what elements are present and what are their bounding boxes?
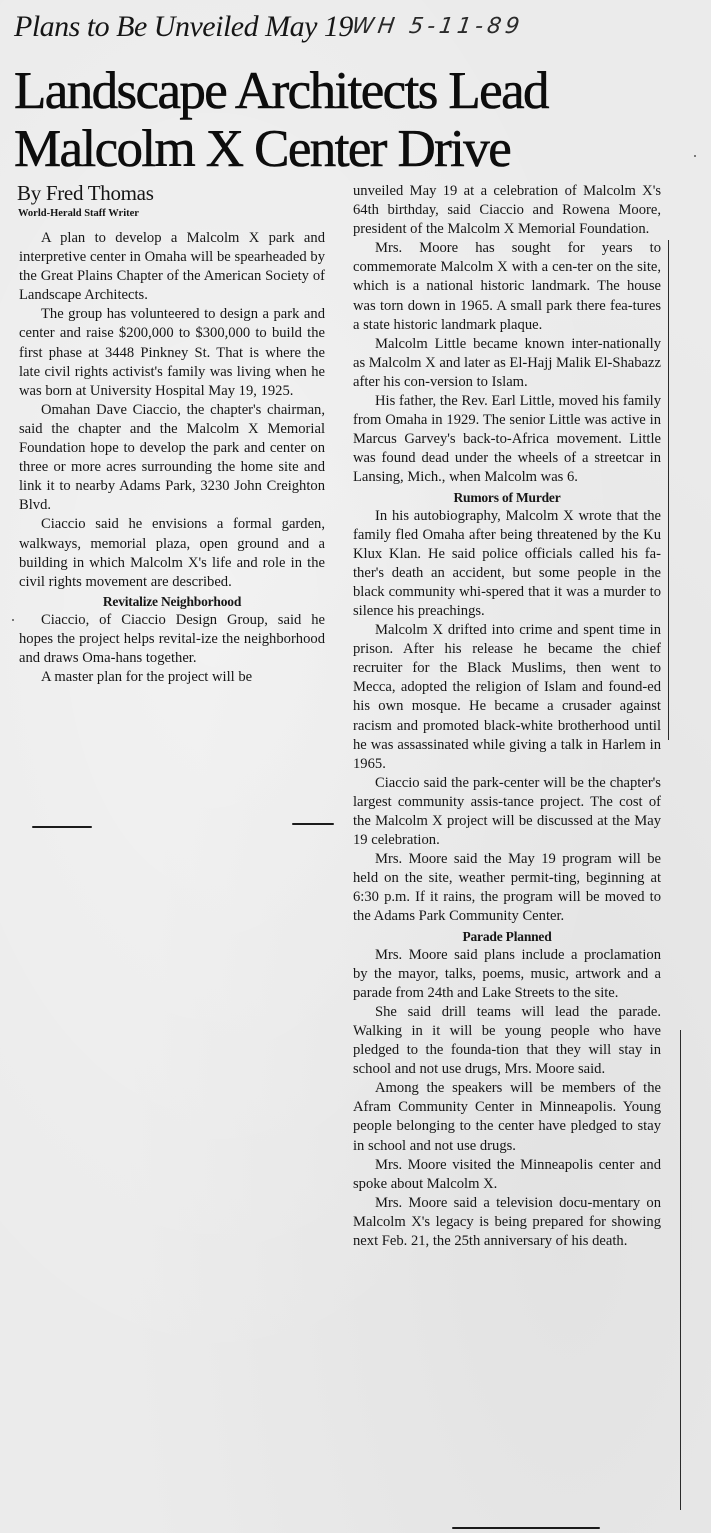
handwritten-date-note: WH 5-11-89 [350, 14, 525, 39]
paragraph: Ciaccio said he envisions a formal garde… [19, 515, 325, 591]
paragraph: unveiled May 19 at a celebration of Malc… [353, 182, 661, 239]
kicker-headline: Plans to Be Unveiled May 19 [14, 10, 353, 44]
paragraph: Mrs. Moore said the May 19 program will … [353, 850, 661, 926]
paragraph: Mrs. Moore said a television docu-mentar… [353, 1194, 661, 1251]
headline: Landscape Architects Lead Malcolm X Cent… [14, 62, 694, 178]
paragraph: A master plan for the project will be [19, 668, 325, 687]
paragraph: Malcolm Little became known inter-nation… [353, 335, 661, 392]
headline-line-1: Landscape Architects Lead [14, 62, 694, 120]
paragraph: A plan to develop a Malcolm X park and i… [19, 229, 325, 305]
scan-speck [694, 155, 696, 157]
headline-line-2: Malcolm X Center Drive [14, 120, 694, 178]
paragraph: His father, the Rev. Earl Little, moved … [353, 392, 661, 487]
paragraph: She said drill teams will lead the parad… [353, 1003, 661, 1079]
subhead-parade-planned: Parade Planned [353, 928, 661, 946]
paragraph: Mrs. Moore said plans include a proclama… [353, 946, 661, 1003]
paragraph: Malcolm X drifted into crime and spent t… [353, 621, 661, 774]
column-end-rule-left [32, 826, 92, 828]
subhead-revitalize-neighborhood: Revitalize Neighborhood [19, 593, 325, 611]
paragraph: In his autobiography, Malcolm X wrote th… [353, 507, 661, 622]
paragraph: Among the speakers will be members of th… [353, 1079, 661, 1155]
byline-title: World-Herald Staff Writer [18, 208, 139, 219]
paragraph: Omahan Dave Ciaccio, the chapter's chair… [19, 401, 325, 516]
article-column-left: A plan to develop a Malcolm X park and i… [19, 229, 325, 687]
scan-speck [12, 619, 14, 621]
paragraph: Ciaccio, of Ciaccio Design Group, said h… [19, 611, 325, 668]
article-end-rule [452, 1527, 600, 1529]
paragraph: Mrs. Moore visited the Minneapolis cente… [353, 1156, 661, 1194]
paragraph: Mrs. Moore has sought for years to comme… [353, 239, 661, 334]
byline: By Fred Thomas [17, 181, 154, 206]
column-divider-rule [668, 240, 669, 740]
subhead-rumors-of-murder: Rumors of Murder [353, 489, 661, 507]
column-divider-rule [680, 1030, 681, 1510]
column-end-rule-right [292, 823, 334, 825]
article-column-right: unveiled May 19 at a celebration of Malc… [353, 182, 661, 1251]
paragraph: The group has volunteered to design a pa… [19, 305, 325, 400]
paragraph: Ciaccio said the park-center will be the… [353, 774, 661, 850]
